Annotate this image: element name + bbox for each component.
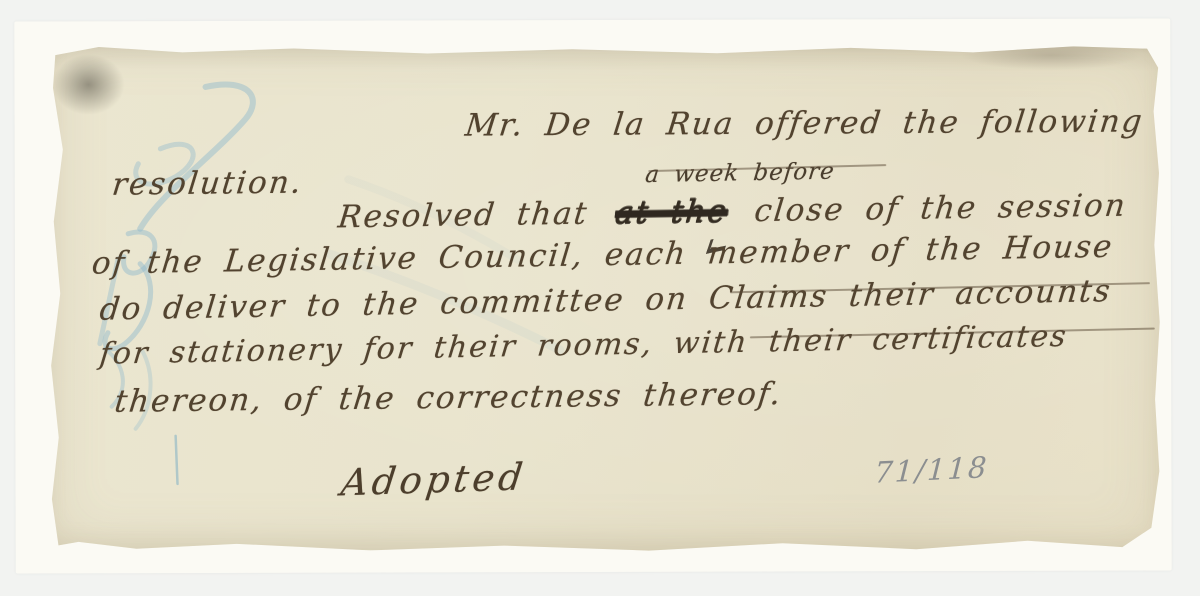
document-scan: Mr. De la Rua offered the following reso…: [0, 0, 1200, 596]
handwriting-attribution: Mr. De la Rua offered the following: [463, 103, 1145, 143]
endorsement-adopted: Adopted: [339, 455, 529, 504]
handwriting-line-stationery: for stationery for their rooms, with the…: [98, 319, 1069, 372]
handwriting-line-council: of the Legislative Council, each member …: [90, 229, 1115, 282]
archival-page-number: 71/118: [874, 450, 990, 490]
interline-insertion: a week before: [644, 159, 836, 189]
manuscript-paper: Mr. De la Rua offered the following reso…: [47, 37, 1162, 554]
struck-out-text: at the: [613, 193, 729, 231]
handwriting-resolved-line: Resolved that at the close of the sessio…: [336, 188, 1128, 236]
handwriting-attribution-2: resolution.: [110, 165, 304, 203]
resolved-opening: Resolved that: [336, 196, 590, 236]
resolved-continuation: close of the session: [753, 188, 1129, 230]
handwriting-line-thereon: thereon, of the correctness thereof.: [113, 376, 784, 420]
handwriting-line-deliver: do deliver to the committee on Claims th…: [98, 273, 1113, 328]
